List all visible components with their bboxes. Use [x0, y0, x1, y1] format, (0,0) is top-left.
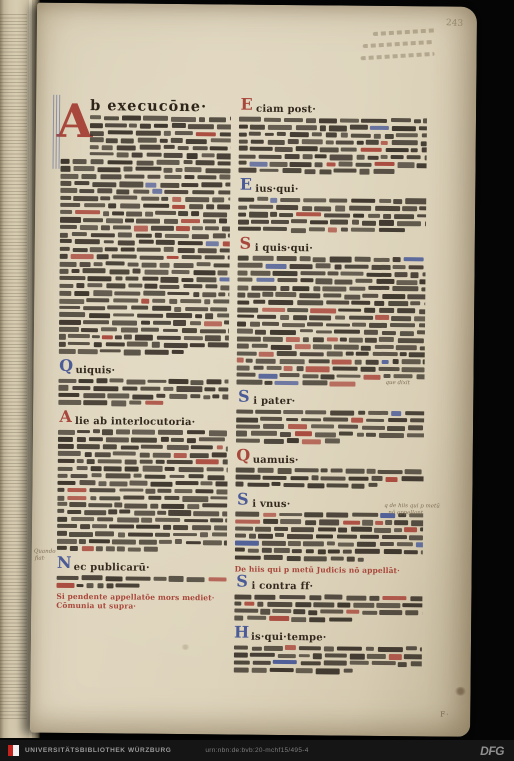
digitized-manuscript-viewer: 243 Ab execucōne·Quiquis·Alie ab interlo… [0, 0, 514, 761]
text-section: Nec publicarū· [56, 555, 226, 590]
quire-mark: F· [440, 711, 449, 719]
manuscript-page: 243 Ab execucōne·Quiquis·Alie ab interlo… [30, 3, 477, 737]
margin-note-right-2b: nō appellant [388, 510, 423, 517]
illuminated-initial: S [235, 491, 250, 507]
lemma-heading: b execucōne· [90, 97, 207, 115]
lemma-heading: i pater· [253, 396, 295, 407]
lemma-heading: ius·qui· [255, 184, 298, 195]
facing-page-text-edge [0, 14, 27, 720]
illuminated-initial: A [58, 409, 73, 425]
folio-number: 243 [445, 18, 463, 29]
text-section: Quiquis· [58, 358, 228, 408]
text-section: Alie ab interlocutoria· [57, 409, 228, 554]
lemma-heading: is·qui·tempe· [251, 632, 327, 644]
script-line [236, 437, 424, 446]
illuminated-initial: Q [236, 447, 251, 463]
text-section: Eciam post· [238, 97, 427, 176]
ink-stain [181, 644, 190, 650]
text-section: Si contra ff· [234, 574, 422, 624]
script-line [56, 581, 226, 590]
illuminated-initial: S [234, 574, 249, 590]
footer-bar: UNIVERSITÄTSBIBLIOTHEK WÜRZBURG urn:nbn:… [0, 740, 514, 761]
rubric-line: Cōmunia ut supra· [56, 601, 226, 612]
lemma-heading: ec publicarū· [74, 562, 150, 574]
script-line [234, 666, 422, 675]
script-line [238, 225, 426, 234]
lemma-heading: i quis·qui· [255, 243, 313, 255]
illuminated-initial: N [57, 555, 72, 571]
illuminated-initial: E [239, 97, 254, 113]
lemma-heading: i vnus· [252, 498, 290, 509]
ink-stain [454, 687, 466, 696]
margin-note-right-1: que dixit [385, 380, 409, 387]
lemma-heading: lie ab interlocutoria· [75, 416, 195, 428]
text-section: Eius·qui· [238, 177, 427, 234]
corner-inscription-line [373, 28, 437, 36]
corner-inscription-line [363, 40, 433, 48]
urn-identifier: urn:nbn:de:bvb:20-mchf15/495-4 [0, 747, 514, 754]
lemma-heading: ciam post· [256, 104, 316, 116]
text-section: Quamuis· [235, 447, 423, 490]
text-column-right: Eciam post·Eius·qui·Si quis·qui·Si pater… [234, 97, 428, 678]
illuminated-initial: H [234, 625, 249, 641]
script-line [235, 554, 423, 563]
margin-note-right-2a: q de hiis qui p metū [384, 503, 440, 510]
corner-inscription-line [361, 52, 435, 60]
illuminated-initial: S [236, 389, 251, 405]
margin-note-left-a: Quando [34, 549, 56, 556]
illuminated-initial: E [238, 177, 253, 193]
illuminated-initial: Q [59, 358, 74, 374]
illuminated-initial: S [238, 235, 253, 251]
text-section: Ab execucōne· [59, 95, 231, 356]
text-section: Si vnus· [235, 491, 424, 563]
text-section: Si pater· [236, 389, 425, 446]
lemma-heading: i contra ff· [251, 581, 313, 593]
margin-note-left-b: fiat· [35, 556, 46, 563]
lemma-heading: uamuis· [253, 454, 299, 465]
lemma-heading: uiquis· [76, 365, 116, 376]
text-column-left: Ab execucōne·Quiquis·Alie ab interlocuto… [56, 95, 231, 612]
illuminated-initial: A [57, 95, 88, 153]
dfg-logo: DFG [480, 744, 504, 758]
text-section: His·qui·tempe· [234, 625, 422, 675]
text-section: Si quis·qui· [236, 235, 425, 387]
script-line [235, 481, 423, 490]
pen-flourish [53, 95, 61, 169]
